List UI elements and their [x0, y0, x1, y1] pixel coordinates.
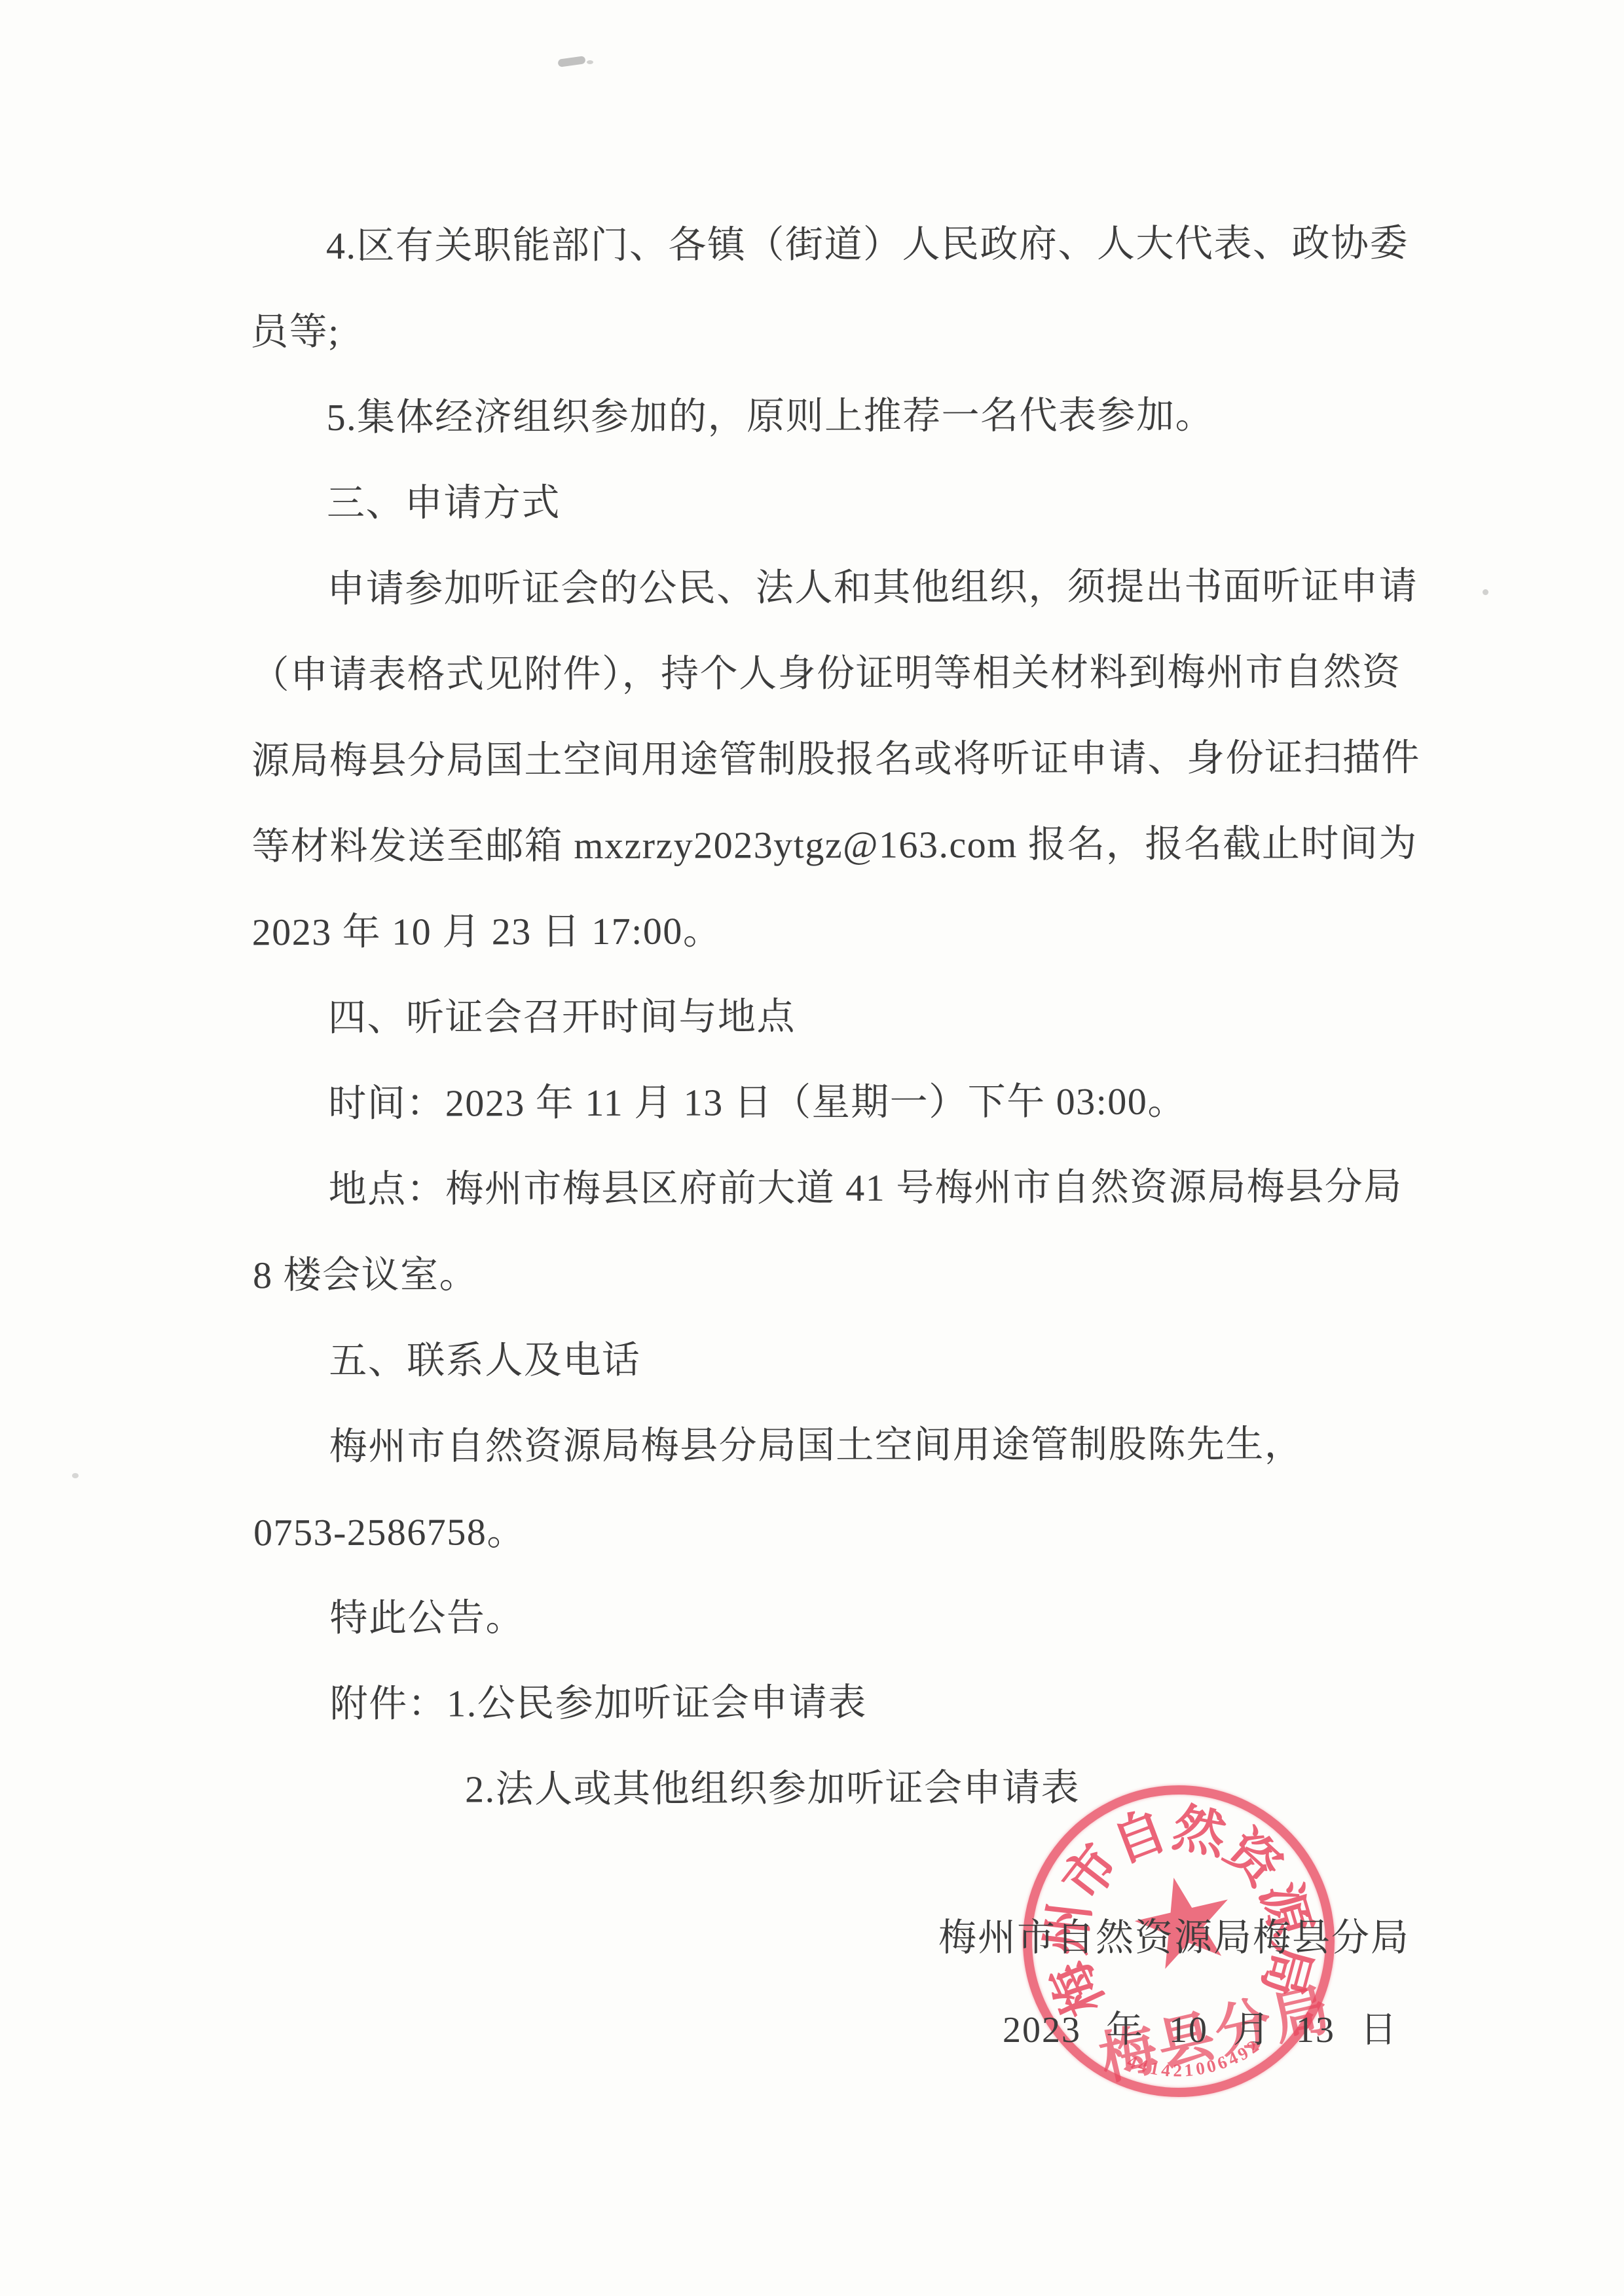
text-line: 4.区有关职能部门、各镇（街道）人民政府、人大代表、政协委: [250, 200, 1409, 289]
text-line: 梅州市自然资源局梅县分局国土空间用途管制股陈先生，: [253, 1401, 1412, 1490]
scan-artifact: [1483, 589, 1488, 595]
signature-agency-name: 梅州市自然资源局梅县分局: [938, 1915, 1410, 1961]
scanned-announcement-page: 4.区有关职能部门、各镇（街道）人民政府、人大代表、政协委员等;5.集体经济组织…: [0, 0, 1624, 2296]
text-line: 特此公告。: [253, 1573, 1412, 1662]
signature-date: 2023 年 10 月 13 日: [1003, 2009, 1398, 2052]
seal-code-digit: 1: [1183, 2060, 1194, 2081]
text-line: 等材料发送至邮箱 mxzrzy2023ytgz@163.com 报名，报名截止时…: [251, 801, 1411, 890]
text-line: 2023 年 10 月 23 日 17:00。: [251, 886, 1411, 975]
text-line: 申请参加听证会的公民、法人和其他组织，须提出书面听证申请: [251, 543, 1410, 632]
text-line: 地点：梅州市梅县区府前大道 41 号梅州市自然资源局梅县分局: [253, 1144, 1412, 1233]
scan-artifact: [557, 56, 585, 67]
text-line: 5.集体经济组织参加的，原则上推荐一名代表参加。: [250, 372, 1409, 461]
text-line: 0753-2586758。: [253, 1487, 1412, 1576]
text-line: 五、联系人及电话: [253, 1315, 1412, 1404]
text-line: 8 楼会议室。: [253, 1230, 1412, 1319]
text-line: 员等;: [250, 286, 1409, 375]
seal-code-digit: 2: [1173, 2060, 1182, 2081]
text-line: （申请表格式见附件），持个人身份证明等相关材料到梅州市自然资: [251, 629, 1410, 718]
text-line: 四、听证会召开时间与地点: [252, 972, 1411, 1061]
text-line: 源局梅县分局国土空间用途管制股报名或将听证申请、身份证扫描件: [251, 715, 1411, 804]
scan-artifact: [587, 60, 593, 64]
text-line: 时间：2023 年 11 月 13 日（星期一）下午 03:00。: [252, 1058, 1411, 1147]
announcement-body-text: 4.区有关职能部门、各镇（街道）人民政府、人大代表、政协委员等;5.集体经济组织…: [250, 200, 1414, 1833]
text-line: 三、申请方式: [251, 458, 1410, 547]
scan-artifact: [72, 1473, 79, 1478]
text-line: 附件：1.公民参加听证会申请表: [254, 1658, 1413, 1747]
